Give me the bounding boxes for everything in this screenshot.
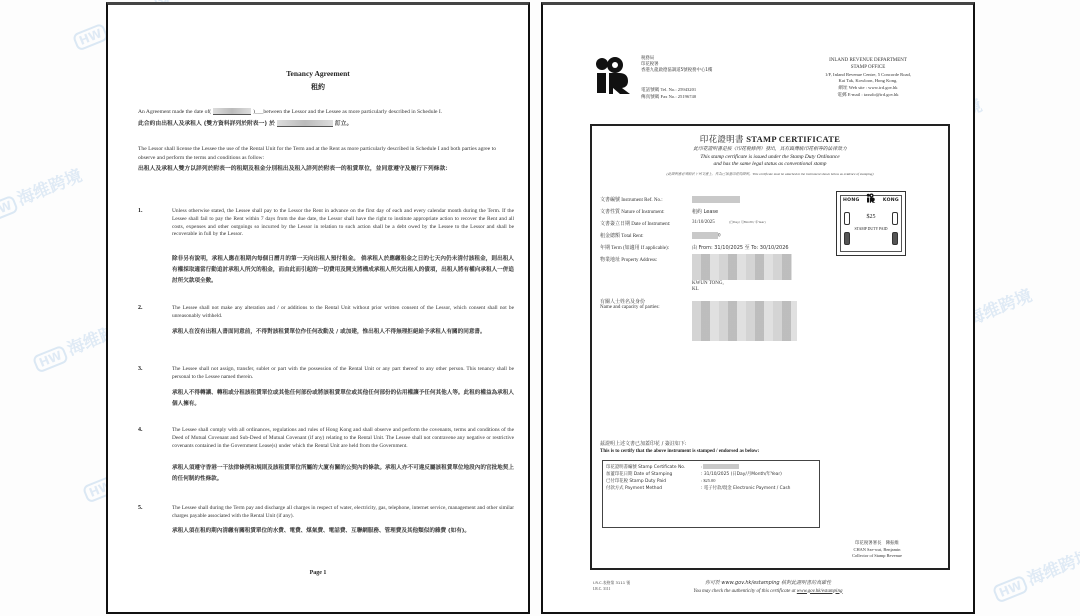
endorsement-value: : <box>701 464 739 469</box>
ird-logo-icon <box>593 55 633 95</box>
clause-zh: 承租人在沒有出租人書面同意前，不得對該租賃單位作任何改動及 / 或加建，惟出租人… <box>172 327 514 338</box>
endorsement-label: 付款方式 Payment Method <box>606 485 662 491</box>
endorsement-table: 印花證明書編號 Stamp Certificate No. : 加蓋印花日期 D… <box>602 460 820 528</box>
endorsement-label: 加蓋印花日期 Date of Stamping <box>606 471 672 477</box>
certificate-subtitle-zh: 此印花證明書是按《印花稅條例》發出，具有與傳統印花相等的法律效力 <box>592 146 948 153</box>
collector-signature: 印花稅署署長 陳振維 CHAN Sze-wai, Benjamin Collec… <box>822 541 932 559</box>
field-date-value: 31/10/2025(日Day/ 月Month/ 年Year) <box>692 220 766 225</box>
endorsement-value: : $25.00 <box>701 478 715 483</box>
clause-en: The Lessee shall not assign, transfer, s… <box>172 366 514 382</box>
field-address-label: 物業地址 Property Address: <box>600 256 657 263</box>
certify-text-zh: 茲證明上述文書已加蓋印花 / 簽註如下: <box>600 440 687 447</box>
endorsement-value: : 31/10/2025 (日Day/月Month/年Year) <box>701 471 782 477</box>
field-instrument-ref-label: 文書編號 Instrument Ref. No.: <box>600 196 663 203</box>
field-term-value: 由 From: 31/10/2025 至 To: 30/10/2026 <box>692 244 789 251</box>
certify-text-en: This is to certify that the above instru… <box>600 449 759 454</box>
stamp-certificate-box: 印花證明書 STAMP CERTIFICATE 此印花證明書是按《印花稅條例》發… <box>590 124 950 570</box>
clause-en: The Lessee shall during the Term pay and… <box>172 505 514 521</box>
intro-zh: 此合約由出租人及承租人 (雙方資料詳列於附表一) 於訂立。 <box>138 119 514 130</box>
clause-number: 5. <box>138 505 143 511</box>
ird-address-zh: 稅務局 印花稅署 香港九龍啟德協調道5號稅務中心1樓 <box>641 56 712 74</box>
intro-en: An Agreement made the date of()___betwee… <box>138 108 514 117</box>
field-total-rent-value: 0 <box>692 232 721 239</box>
stamp-ird-logo-icon <box>865 193 877 203</box>
field-nature-label: 文書性質 Nature of Instrument: <box>600 208 665 215</box>
license-en: The Lessor shall license the Lessee the … <box>138 145 514 162</box>
clause-number: 2. <box>138 305 143 311</box>
redacted-parties <box>692 301 797 341</box>
field-parties-label: 有關人士姓名及身份 Name and capacity of parties: <box>600 299 660 311</box>
redacted-date <box>213 108 251 115</box>
endorsement-label: 印花證明書編號 Stamp Certificate No. <box>606 464 685 470</box>
clause-zh: 承租人不得轉讓、轉租或分租該租賃單位或其他任何部份或將該租賃單位或其他任何部份的… <box>172 388 514 410</box>
certificate-subtitle-en-2: and has the same legal status as convent… <box>592 161 948 168</box>
endorsement-value: : 電子付款/現金 Electronic Payment / Cash <box>701 485 790 491</box>
clause-zh: 承租人須遵守香港一干法律條例和規則及該租賃單位所屬的大廈有關的公契內的條款。承租… <box>172 463 514 485</box>
ird-address-en: INLAND REVENUE DEPARTMENT STAMP OFFICE 1… <box>793 58 943 99</box>
certificate-note: (此證明書必須附於下列文書上，作為已加蓋印花的證明。This certifica… <box>594 171 946 176</box>
field-date-label: 文書簽立日期 Date of Instrument: <box>600 220 670 227</box>
stamp-duty-paid-stamp: HONG KONG $25 STAMP DUTY PAID <box>836 191 906 256</box>
page-number: Page 1 <box>108 570 528 576</box>
ird-contact: 電話號碼 Tel. No.: 25943201 傳真號碼 Fax No.: 25… <box>641 86 696 100</box>
certificate-title: 印花證明書 STAMP CERTIFICATE <box>592 133 948 145</box>
tenancy-agreement-page: Tenancy Agreement 租約 An Agreement made t… <box>106 2 530 614</box>
clause-en: The Lessee shall not make any alteration… <box>172 305 514 321</box>
redacted-date-zh <box>277 120 333 127</box>
clause-zh: 除非另有說明，承租人應在租期內每個日曆月的第一天向出租人預付租金。 倘承租人於應… <box>172 254 514 287</box>
document-title: Tenancy Agreement <box>108 69 528 78</box>
clause-number: 4. <box>138 427 143 433</box>
endorsement-label: 已付印花稅 Stamp Duty Paid <box>606 478 666 484</box>
clause-number: 3. <box>138 366 143 372</box>
stamp-certificate-page: 稅務局 印花稅署 香港九龍啟德協調道5號稅務中心1樓 電話號碼 Tel. No.… <box>541 2 975 614</box>
field-instrument-ref-value <box>692 196 740 203</box>
field-nature-value: 租約 Lease <box>692 208 718 215</box>
clause-zh: 承租人須在租約期內清繳有關租賃單位的水費、電費、煤氣費、電話費、互聯網服務、管理… <box>172 526 514 537</box>
verify-note: 你可於 www.gov.hk/estamping 核對此證明書的真確性 You … <box>623 580 913 595</box>
clause-number: 1. <box>138 208 143 214</box>
redacted-address <box>692 254 792 280</box>
document-title-zh: 租約 <box>108 82 528 92</box>
clause-en: Unless otherwise stated, the Lessee shal… <box>172 208 514 239</box>
field-term-label: 年期 Term (如適用 If applicable): <box>600 244 669 251</box>
license-zh: 出租人及承租人雙方以詳列於附表一的租期及租金分別租出及租入詳列於附表一的租賃單位… <box>138 164 514 175</box>
certificate-subtitle-en-1: This stamp certificate is issued under t… <box>592 154 948 161</box>
field-address-visible: KWUN TONG, KL <box>692 281 724 293</box>
stamp-caption: STAMP DUTY PAID <box>837 227 905 231</box>
clause-en: The Lessee shall comply with all ordinan… <box>172 427 514 450</box>
estamping-link[interactable]: www.gov.hk/estamping <box>797 589 843 594</box>
field-total-rent-label: 租金總額 Total Rent: <box>600 232 644 239</box>
